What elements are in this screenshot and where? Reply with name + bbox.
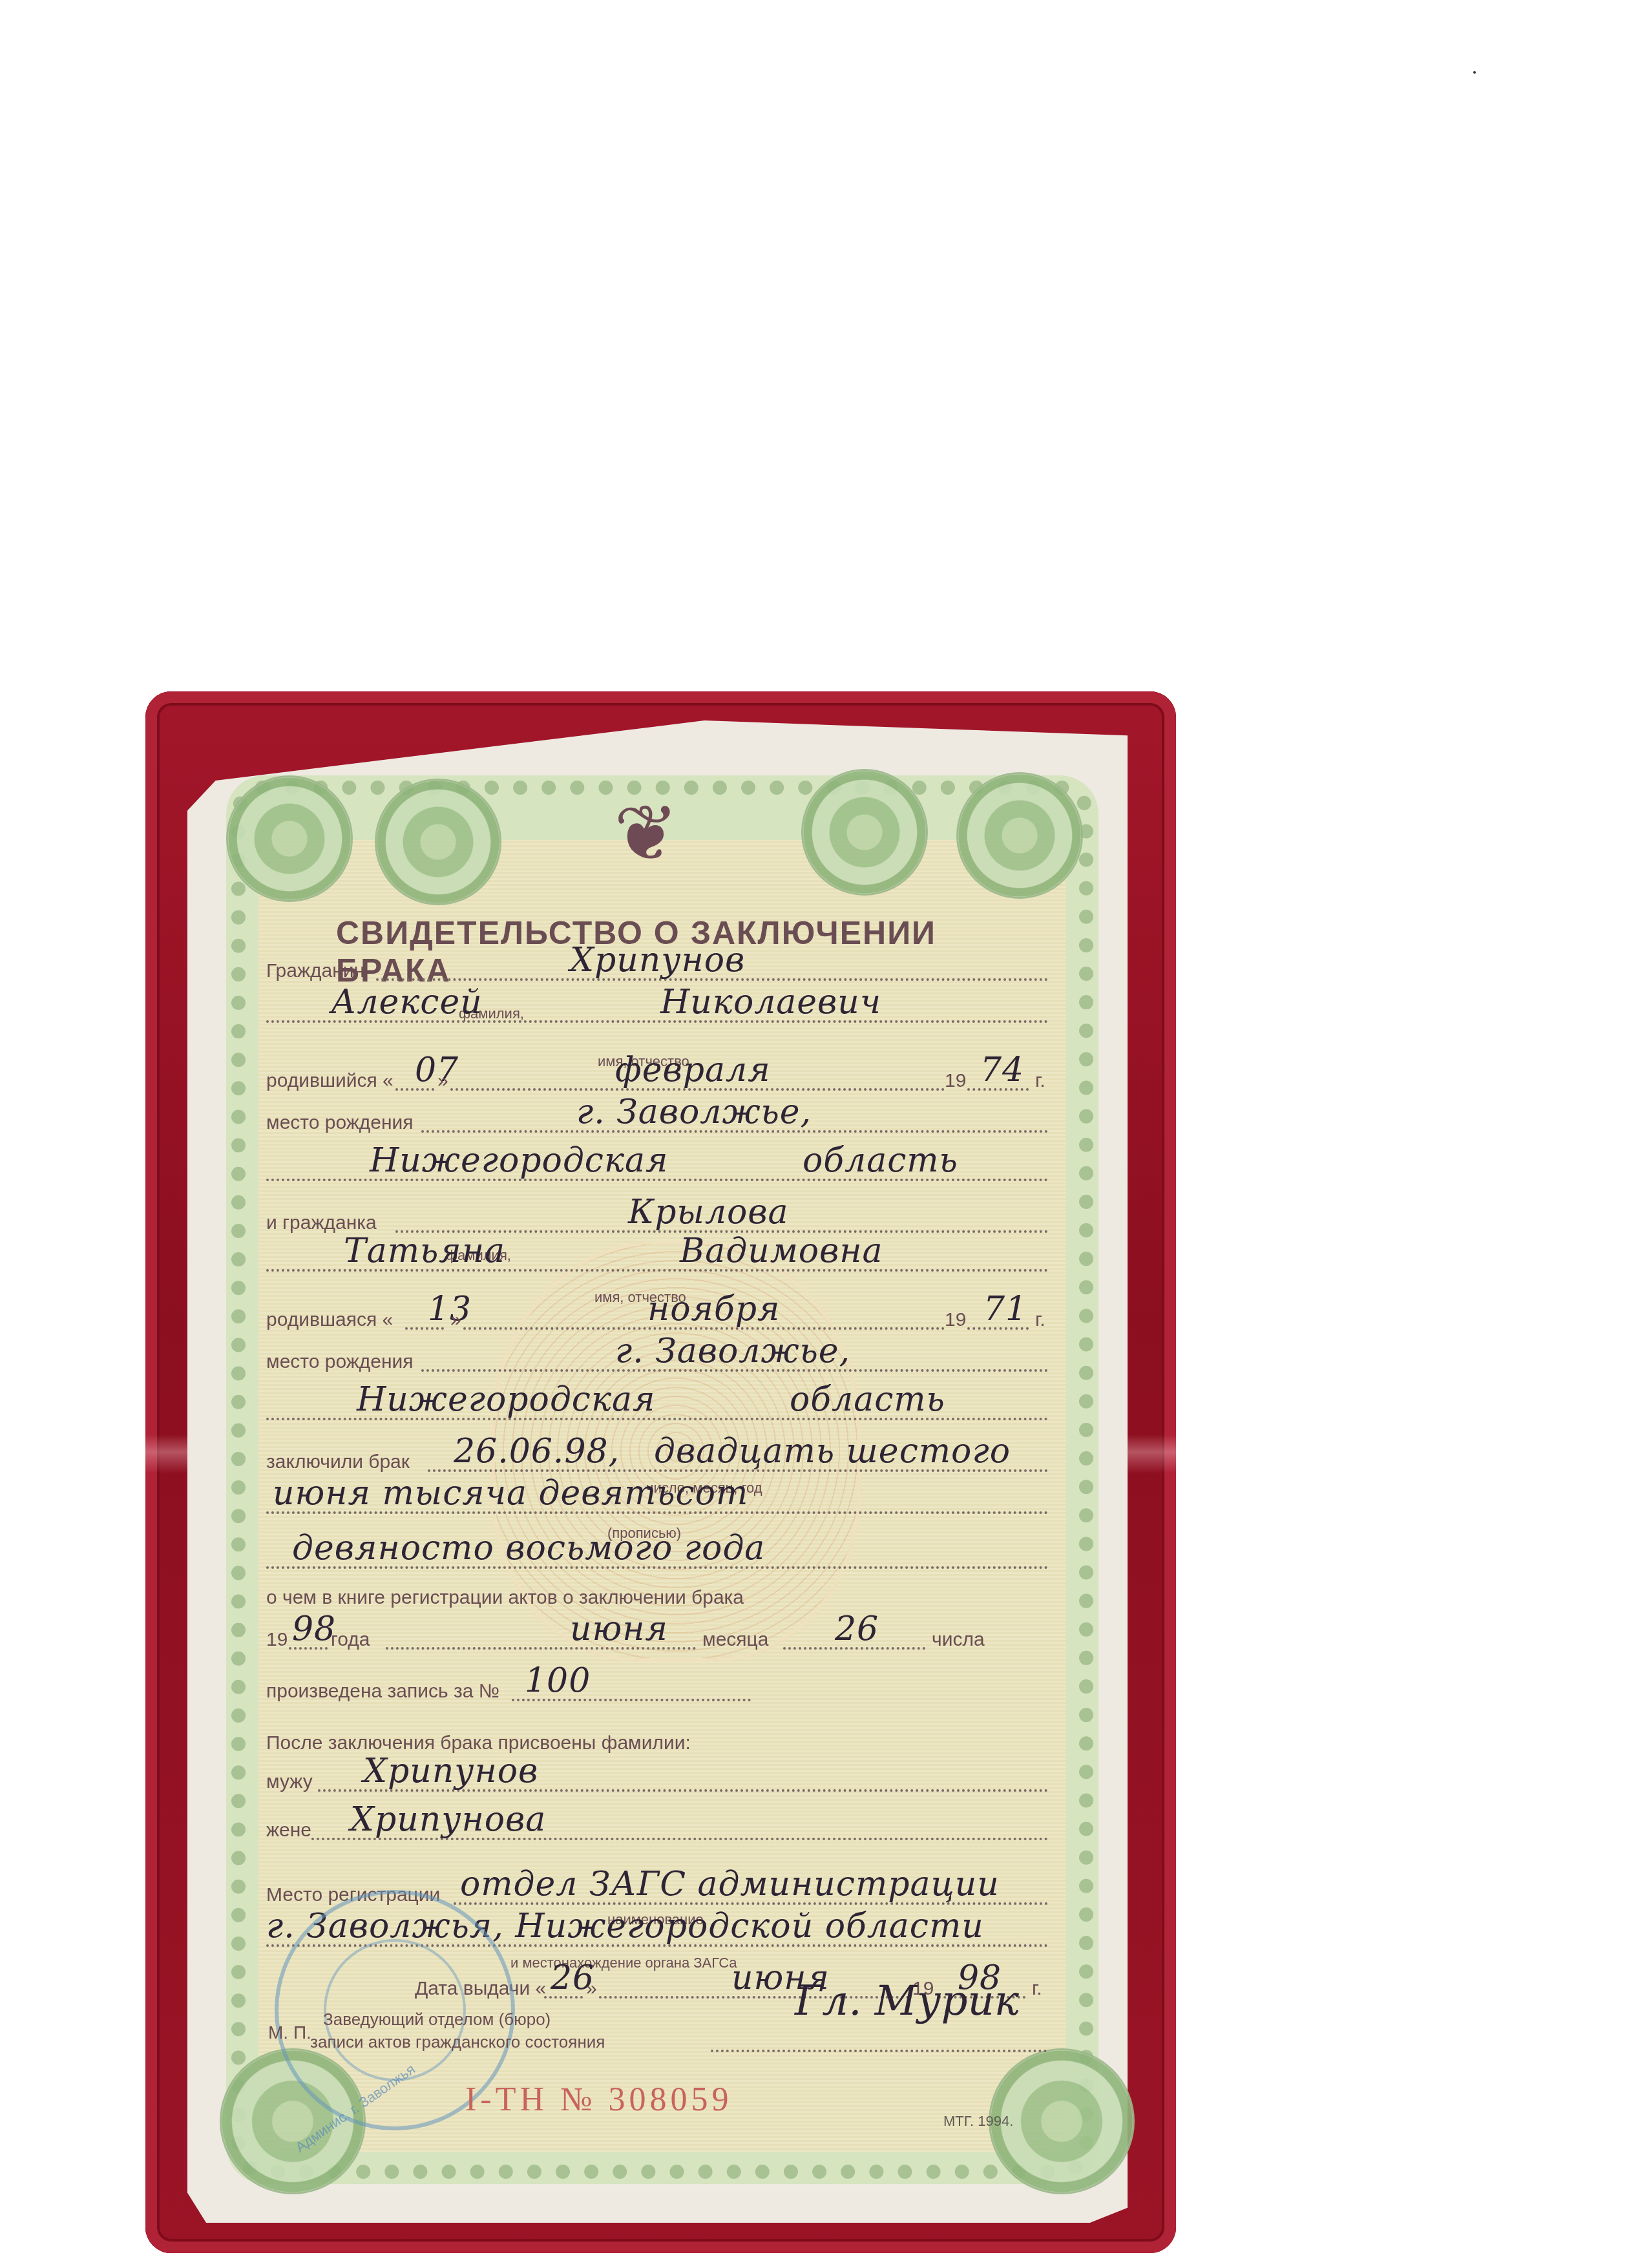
birthplace-label: место рождения [266,1351,414,1373]
rosette-ornament-icon [226,775,353,902]
marriage-words-row-2: июня тысяча девятьсот [266,1483,1061,1522]
husband-new-surname: Хрипунов [363,1752,538,1790]
month-label: месяца [702,1629,768,1651]
serial-number: I-TH № 308059 [465,2081,733,2119]
husband-birthplace-city: г. Заволжье, [576,1093,812,1131]
registration-month: июня [570,1610,668,1648]
record-number: 100 [525,1661,591,1700]
record-number-row: произведена запись за № 100 [266,1670,1061,1709]
registry-office-name: отдел ЗАГС администрации [460,1865,1000,1904]
year-prefix: 19 [266,1629,288,1651]
marriage-words-row-3: девяносто восьмого года [266,1538,1061,1577]
wife-born-year: 71 [983,1290,1027,1328]
year-suffix: г. [1035,1309,1045,1331]
wife-new-surname-row: жене Хрипунова [266,1809,1061,1848]
signature: Гл. Мурик [795,1977,1019,2025]
wife-label: и гражданка [266,1212,377,1234]
born-label: родившаяся « [266,1309,393,1331]
day-label: числа [932,1629,985,1651]
husband-new-surname-label: мужу [266,1771,313,1793]
close-quote: » [437,1070,448,1092]
year-suffix: г. [1032,1978,1042,2000]
rosette-ornament-icon [375,779,501,905]
marriage-date-words-1: двадцать шестого [654,1432,1011,1471]
printer-mark: МТГ. 1994. [943,2113,1013,2130]
husband-born-month: февраля [615,1051,771,1089]
wife-new-surname: Хрипунова [350,1800,546,1839]
husband-birthplace-region-row: Нижегородская область [266,1150,1061,1189]
marriage-date-words-3: девяносто восьмого года [292,1529,765,1568]
rosette-ornament-icon [956,772,1083,899]
wife-name: Татьяна [344,1232,505,1270]
husband-patronymic: Николаевич [660,983,881,1022]
husband-new-surname-row: мужу Хрипунов [266,1761,1061,1800]
registration-year: 98 [292,1610,336,1648]
husband-name: Алексей [331,983,483,1022]
scan-speck [1473,71,1476,74]
wife-patronymic: Вадимовна [680,1232,883,1270]
husband-birthplace-oblast: область [803,1141,958,1180]
year-prefix: 19 [945,1070,966,1092]
husband-birthplace-region: Нижегородская [370,1141,668,1180]
dotted-line [711,2050,1047,2052]
wife-name-row: Татьяна Вадимовна [266,1241,1061,1279]
year-suffix: г. [1035,1070,1045,1092]
wife-birthplace-city: г. Заволжье, [615,1332,850,1370]
born-label: родившийся « [266,1070,394,1092]
husband-label: Гражданин [266,960,364,982]
close-quote: » [450,1309,461,1331]
coat-of-arms-icon: ❦ [611,769,682,898]
wife-birthplace-region-row: Нижегородская область [266,1389,1061,1428]
seal-place-label: М. П. [268,2022,311,2043]
year-prefix: 19 [945,1309,966,1331]
wife-new-surname-label: жене [266,1820,311,1842]
signatory-title-1: Заведующий отделом (бюро) [323,2010,551,2030]
husband-birthplace-row: место рождения г. Заволжье, [266,1102,1061,1140]
husband-surname: Хрипунов [570,941,745,980]
marriage-date-words-2: июня тысяча девятьсот [273,1474,748,1513]
marriage-label: заключили брак [266,1451,410,1473]
registration-date-row: 19 98 года июня месяца 26 числа [266,1619,1061,1657]
wife-birthplace-row: место рождения г. Заволжье, [266,1341,1061,1380]
husband-born-year: 74 [980,1051,1024,1089]
signatory-title-2: записи актов гражданского состояния [310,2032,605,2052]
marriage-date-numeric: 26.06.98, [454,1432,620,1471]
husband-name-row: Алексей Николаевич [266,992,1061,1031]
wife-birthplace-oblast: область [790,1380,945,1419]
rosette-ornament-icon [801,769,928,896]
book-text: о чем в книге регистрации актов о заключ… [266,1587,744,1609]
record-label: произведена запись за № [266,1681,499,1703]
surnames-heading: После заключения брака присвоены фамилии… [266,1732,691,1754]
wife-born-month: ноября [647,1290,780,1328]
year-label: года [331,1629,370,1651]
birthplace-label: место рождения [266,1112,414,1134]
close-quote: » [586,1978,597,2000]
registration-day: 26 [835,1610,879,1648]
wife-surname: Крылова [628,1193,789,1232]
wife-birthplace-region: Нижегородская [357,1380,655,1419]
